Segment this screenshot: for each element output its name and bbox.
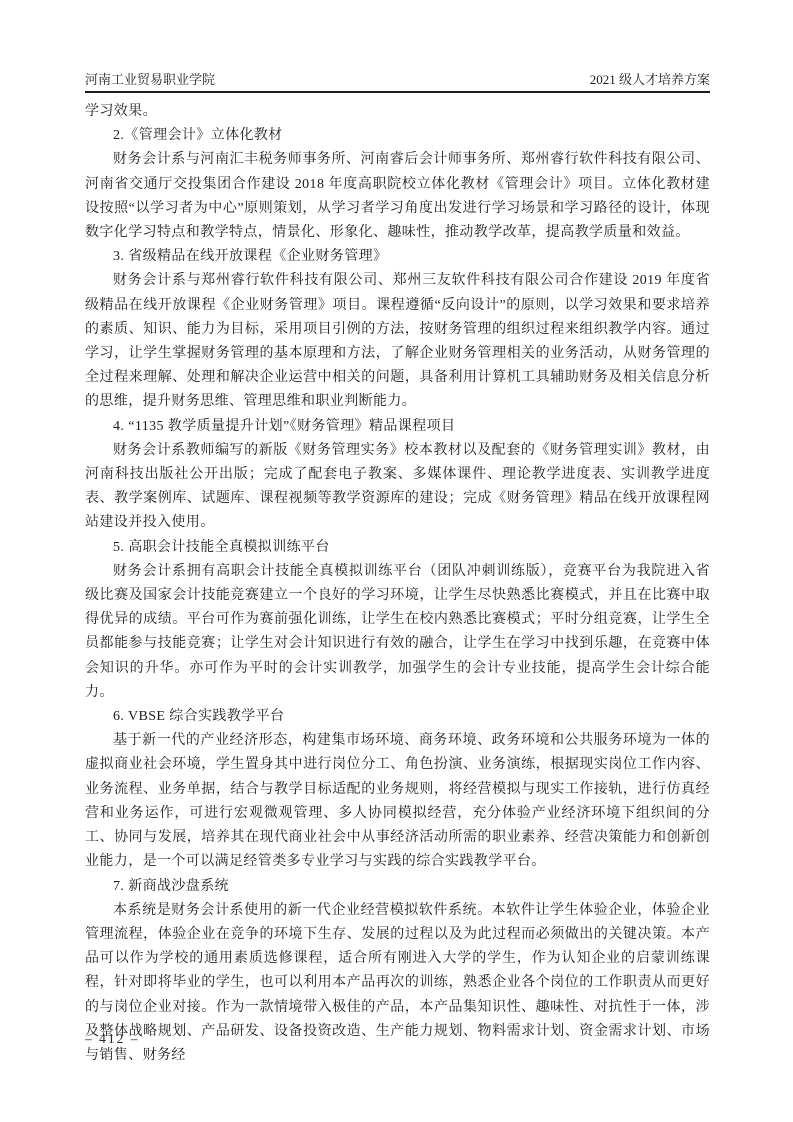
section-body: 财务会计系拥有高职会计技能全真模拟训练平台（团队冲刺训练版），竞赛平台为我院进入… <box>85 560 710 705</box>
section-1135-quality-project: 4. “1135 教学质量提升计划”《财务管理》精品课程项目 财务会计系教师编写… <box>85 415 710 536</box>
section-heading: 4. “1135 教学质量提升计划”《财务管理》精品课程项目 <box>85 415 710 439</box>
section-body: 财务会计系与河南汇丰税务师事务所、河南睿后会计师事务所、郑州睿行软件科技有限公司… <box>85 148 710 245</box>
section-management-accounting-textbook: 2.《管理会计》立体化教材 财务会计系与河南汇丰税务师事务所、河南睿后会计师事务… <box>85 124 710 245</box>
header-doc-title: 2021 级人才培养方案 <box>590 72 710 87</box>
section-heading: 7. 新商战沙盘系统 <box>85 875 710 899</box>
section-body: 基于新一代的产业经济形态，构建集市场环境、商务环境、政务环境和公共服务环境为一体… <box>85 729 710 874</box>
section-business-war-sandbox: 7. 新商战沙盘系统 本系统是财务会计系使用的新一代企业经营模拟软件系统。本软件… <box>85 875 710 1069</box>
page-header: 河南工业贸易职业学院 2021 级人才培养方案 <box>85 72 710 93</box>
section-heading: 6. VBSE 综合实践教学平台 <box>85 705 710 729</box>
section-heading: 5. 高职会计技能全真模拟训练平台 <box>85 536 710 560</box>
continued-paragraph: 学习效果。 <box>85 100 710 124</box>
document-body: 学习效果。 2.《管理会计》立体化教材 财务会计系与河南汇丰税务师事务所、河南睿… <box>85 100 710 1068</box>
section-heading: 2.《管理会计》立体化教材 <box>85 124 710 148</box>
page-number: – 412 – <box>85 1031 140 1047</box>
section-body: 本系统是财务会计系使用的新一代企业经营模拟软件系统。本软件让学生体验企业，体验企… <box>85 899 710 1068</box>
section-heading: 3. 省级精品在线开放课程《企业财务管理》 <box>85 245 710 269</box>
section-body: 财务会计系教师编写的新版《财务管理实务》校本教材以及配套的《财务管理实训》教材，… <box>85 439 710 536</box>
section-accounting-skill-simulation-platform: 5. 高职会计技能全真模拟训练平台 财务会计系拥有高职会计技能全真模拟训练平台（… <box>85 536 710 705</box>
section-body: 财务会计系与郑州睿行软件科技有限公司、郑州三友软件科技有限公司合作建设 2019… <box>85 269 710 414</box>
section-vbse-platform: 6. VBSE 综合实践教学平台 基于新一代的产业经济形态，构建集市场环境、商务… <box>85 705 710 874</box>
header-school-name: 河南工业贸易职业学院 <box>85 72 215 87</box>
section-provincial-online-course: 3. 省级精品在线开放课程《企业财务管理》 财务会计系与郑州睿行软件科技有限公司… <box>85 245 710 414</box>
document-page: 河南工业贸易职业学院 2021 级人才培养方案 学习效果。 2.《管理会计》立体… <box>0 0 793 1122</box>
